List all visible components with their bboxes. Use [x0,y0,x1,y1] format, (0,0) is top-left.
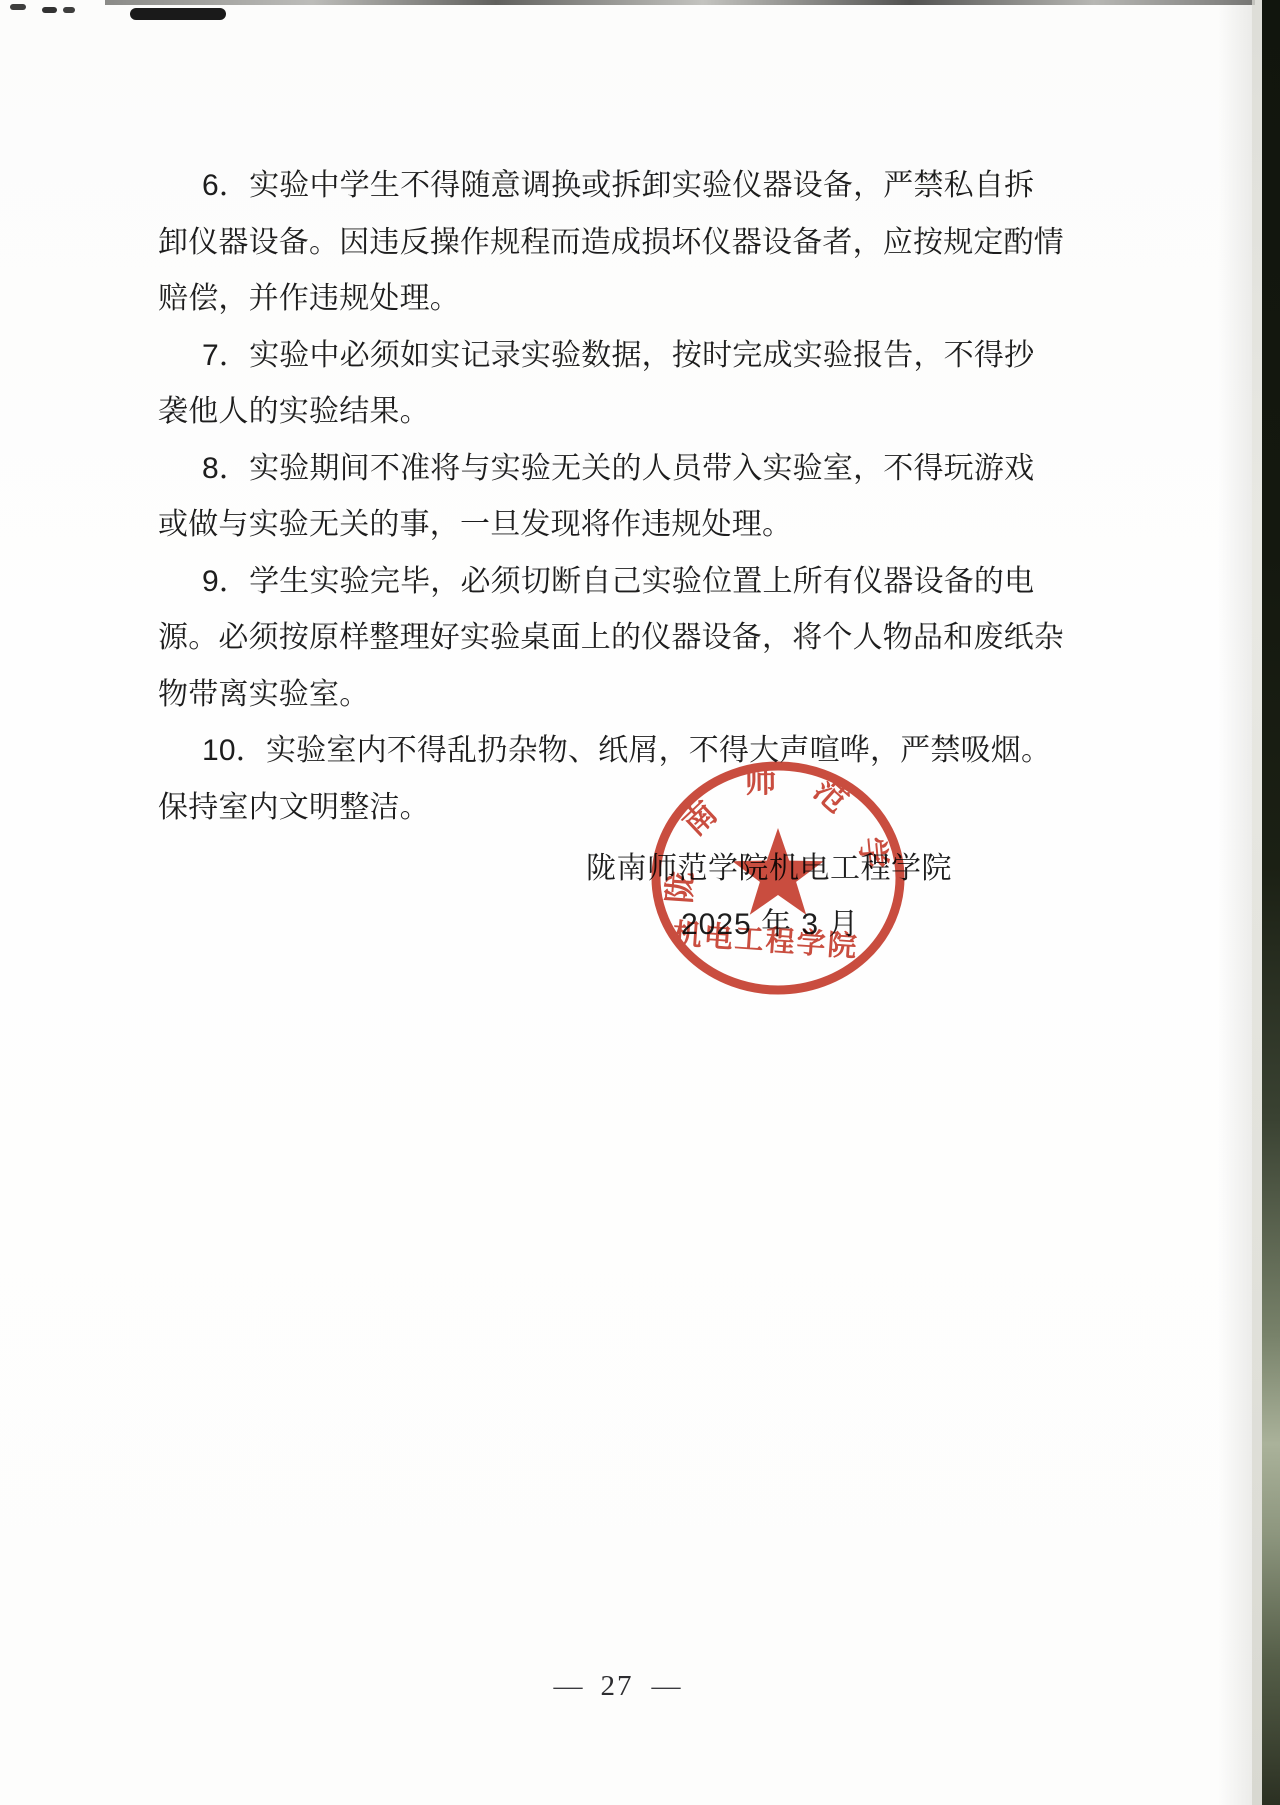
text-line: 7．实验中必须如实记录实验数据，按时完成实验报告，不得抄 [158,328,1064,385]
text-line: 10．实验室内不得乱扔杂物、纸屑，不得大声喧哗，严禁吸烟。 [158,723,1064,780]
page-number-value: 27 [601,1670,634,1702]
text-line: 源。必须按原样整理好实验桌面上的仪器设备，将个人物品和废纸杂 [158,610,1064,667]
scan-artifact-mark [63,7,75,13]
official-seal-stamp: 陇南师范学院 机电工程学院 [650,758,906,998]
page-number-dash: — [652,1670,681,1702]
scan-artifact-mark [42,7,57,13]
page-number: —27— [0,1670,1234,1703]
text-line: 物带离实验室。 [158,667,1064,724]
text-line: 保持室内文明整洁。 [158,780,1064,837]
text-line: 或做与实验无关的事，一旦发现将作违规处理。 [158,497,1064,554]
page-edge-light-strip [1252,0,1262,1805]
text-line: 赔偿，并作违规处理。 [158,271,1064,328]
page-right-edge-shadow [1262,0,1280,1805]
text-line: 9．学生实验完毕，必须切断自己实验位置上所有仪器设备的电 [158,554,1064,611]
page-number-dash: — [554,1670,583,1702]
scan-artifact-mark [130,8,226,20]
document-body: 6．实验中学生不得随意调换或拆卸实验仪器设备，严禁私自拆 卸仪器设备。因违反操作… [158,158,1064,836]
stamp-star [732,828,823,915]
page-edge-shading [1218,0,1252,1805]
text-line: 6．实验中学生不得随意调换或拆卸实验仪器设备，严禁私自拆 [158,158,1064,215]
text-line: 卸仪器设备。因违反操作规程而造成损坏仪器设备者，应按规定酌情 [158,215,1064,272]
scanned-document-page: 6．实验中学生不得随意调换或拆卸实验仪器设备，严禁私自拆 卸仪器设备。因违反操作… [0,0,1280,1805]
text-line: 8．实验期间不准将与实验无关的人员带入实验室，不得玩游戏 [158,441,1064,498]
text-line: 袭他人的实验结果。 [158,384,1064,441]
scan-artifact-mark [10,4,26,10]
scan-artifact-top-edge-line [105,0,1255,5]
stamp-bottom-text: 机电工程学院 [672,918,860,964]
